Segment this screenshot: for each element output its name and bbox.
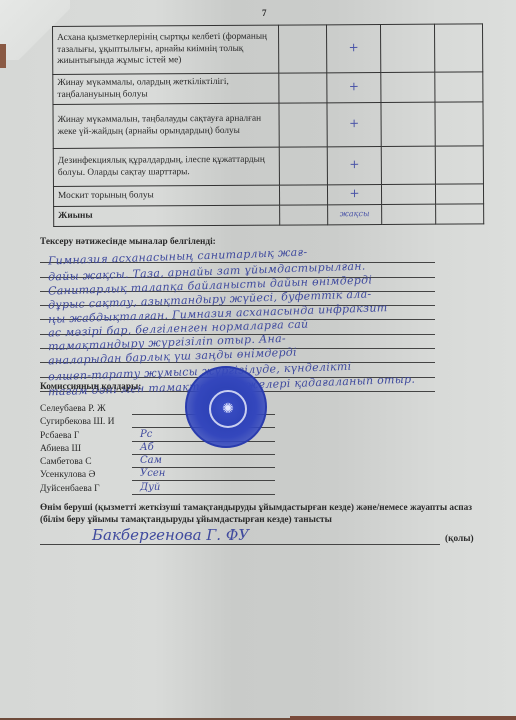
score-cell-4 [435, 72, 483, 102]
check-mark-icon: + [349, 157, 359, 171]
checklist-row: Москит торының болуы+ [53, 184, 483, 207]
total-cell-1 [280, 205, 328, 225]
member-name: Абиева Ш [40, 444, 81, 454]
criterion-cell: Асхана қызметкерлерінің сыртқы келбеті (… [53, 25, 279, 74]
commission-members: Селеубаева Р. ЖСугирбекова Ш. ИРсбаева Г… [40, 403, 115, 496]
signature-line [132, 494, 275, 495]
total-cell-2: жақсы [328, 204, 382, 224]
emblem-icon: ✺ [209, 390, 247, 428]
member-name: Рсбаева Г [40, 431, 79, 441]
member-name: Сугирбекова Ш. И [40, 417, 115, 427]
score-cell-1 [279, 185, 327, 205]
producer-acknowledgement: Өнім беруші (қызметті жеткізуші тамақтан… [40, 503, 480, 526]
check-mark-icon: + [349, 40, 359, 54]
score-cell-2: + [327, 102, 381, 146]
score-cell-3 [380, 24, 434, 72]
commission-member: Усенкулова ӘУсен [40, 469, 115, 482]
note-line: аналарыдан барлық үш заңды өнімдерді [40, 349, 435, 363]
page-number: 7 [262, 8, 267, 18]
checklist-row: Жинау мүкәммалын, таңбалауды сақтауға ар… [53, 102, 483, 149]
score-cell-3 [381, 184, 435, 204]
criterion-cell: Жинау мүкәммалын, таңбалауды сақтауға ар… [53, 103, 279, 148]
member-signature: Сам [140, 454, 162, 467]
commission-member: Дуйсенбаева ГДуй [40, 483, 115, 496]
note-line: Гимназия асханасының санитарлық жағ- [40, 249, 435, 263]
commission-member: Сугирбекова Ш. И [40, 416, 115, 429]
total-label: Жиыны [54, 205, 280, 226]
member-signature: Усен [140, 467, 165, 480]
member-name: Самбетова С [40, 457, 92, 467]
score-cell-3 [381, 72, 435, 102]
score-cell-3 [381, 102, 435, 146]
checklist-row: Асхана қызметкерлерінің сыртқы келбеті (… [53, 24, 483, 75]
score-cell-1 [278, 25, 326, 73]
score-cell-4 [434, 24, 482, 72]
total-value: жақсы [340, 209, 370, 218]
checklist-table: Асхана қызметкерлерінің сыртқы келбеті (… [52, 23, 484, 227]
total-cell-4 [436, 204, 484, 224]
sign-label: (қолы) [445, 534, 474, 544]
member-name: Селеубаева Р. Ж [40, 404, 106, 414]
member-name: Дуйсенбаева Г [40, 484, 100, 494]
note-line: дайы жақсы. Таза, арнайы зат ұйымдастыры… [40, 263, 435, 277]
criterion-cell: Дезинфекциялық құралдардың, ілеспе құжат… [53, 147, 279, 186]
commission-member: Абиева ШАб [40, 443, 115, 456]
findings-handwritten-notes: Гимназия асханасының санитарлық жағ-дайы… [40, 249, 490, 392]
score-cell-2: + [327, 146, 381, 184]
checklist-row: Дезинфекциялық құралдардың, ілеспе құжат… [53, 146, 483, 187]
producer-signature: Бакбергенова Г. ФУ [92, 526, 249, 544]
check-mark-icon: + [349, 116, 359, 130]
score-cell-1 [279, 73, 327, 103]
commission-member: Селеубаева Р. Ж [40, 403, 115, 416]
total-row: Жиыныжақсы [54, 204, 484, 227]
note-line: ңы жабдықталған. Гимназия асханасында ин… [40, 306, 435, 320]
check-mark-icon: + [349, 186, 359, 200]
score-cell-3 [381, 146, 435, 184]
score-cell-2: + [327, 184, 381, 204]
document-page: 7 Асхана қызметкерлерінің сыртқы келбеті… [0, 0, 516, 718]
criterion-cell: Москит торының болуы [53, 185, 279, 206]
findings-title: Тексеру нәтижесінде мыналар белгіленді: [40, 237, 216, 247]
score-cell-4 [435, 146, 483, 184]
score-cell-4 [435, 102, 483, 146]
note-line: Санитарлық талапқа байланысты дайын өнім… [40, 278, 435, 292]
member-signature: Рс [140, 428, 152, 441]
signature-line [40, 544, 440, 545]
check-mark-icon: + [349, 79, 359, 93]
commission-member: Рсбаева ГРс [40, 430, 115, 443]
producer-signature-row: Бакбергенова Г. ФУ (қолы) [40, 530, 480, 546]
score-cell-1 [279, 147, 327, 185]
score-cell-4 [435, 184, 483, 204]
member-signature: Аб [140, 441, 154, 454]
checklist-row: Жинау мүкәммалы, олардың жеткіліктілігі,… [53, 72, 483, 105]
score-cell-2: + [326, 24, 380, 72]
commission-title: Комиссияның қолдары: [40, 382, 141, 392]
background-edge-bottom [290, 716, 516, 720]
total-cell-3 [382, 204, 436, 224]
score-cell-2: + [327, 72, 381, 102]
background-edge [0, 44, 6, 68]
score-cell-1 [279, 103, 327, 147]
criterion-cell: Жинау мүкәммалы, олардың жеткіліктілігі,… [53, 73, 279, 104]
member-name: Усенкулова Ә [40, 470, 95, 480]
member-signature: Дуй [140, 481, 160, 494]
official-stamp: ✺ [185, 366, 267, 448]
commission-member: Самбетова ССам [40, 456, 115, 469]
